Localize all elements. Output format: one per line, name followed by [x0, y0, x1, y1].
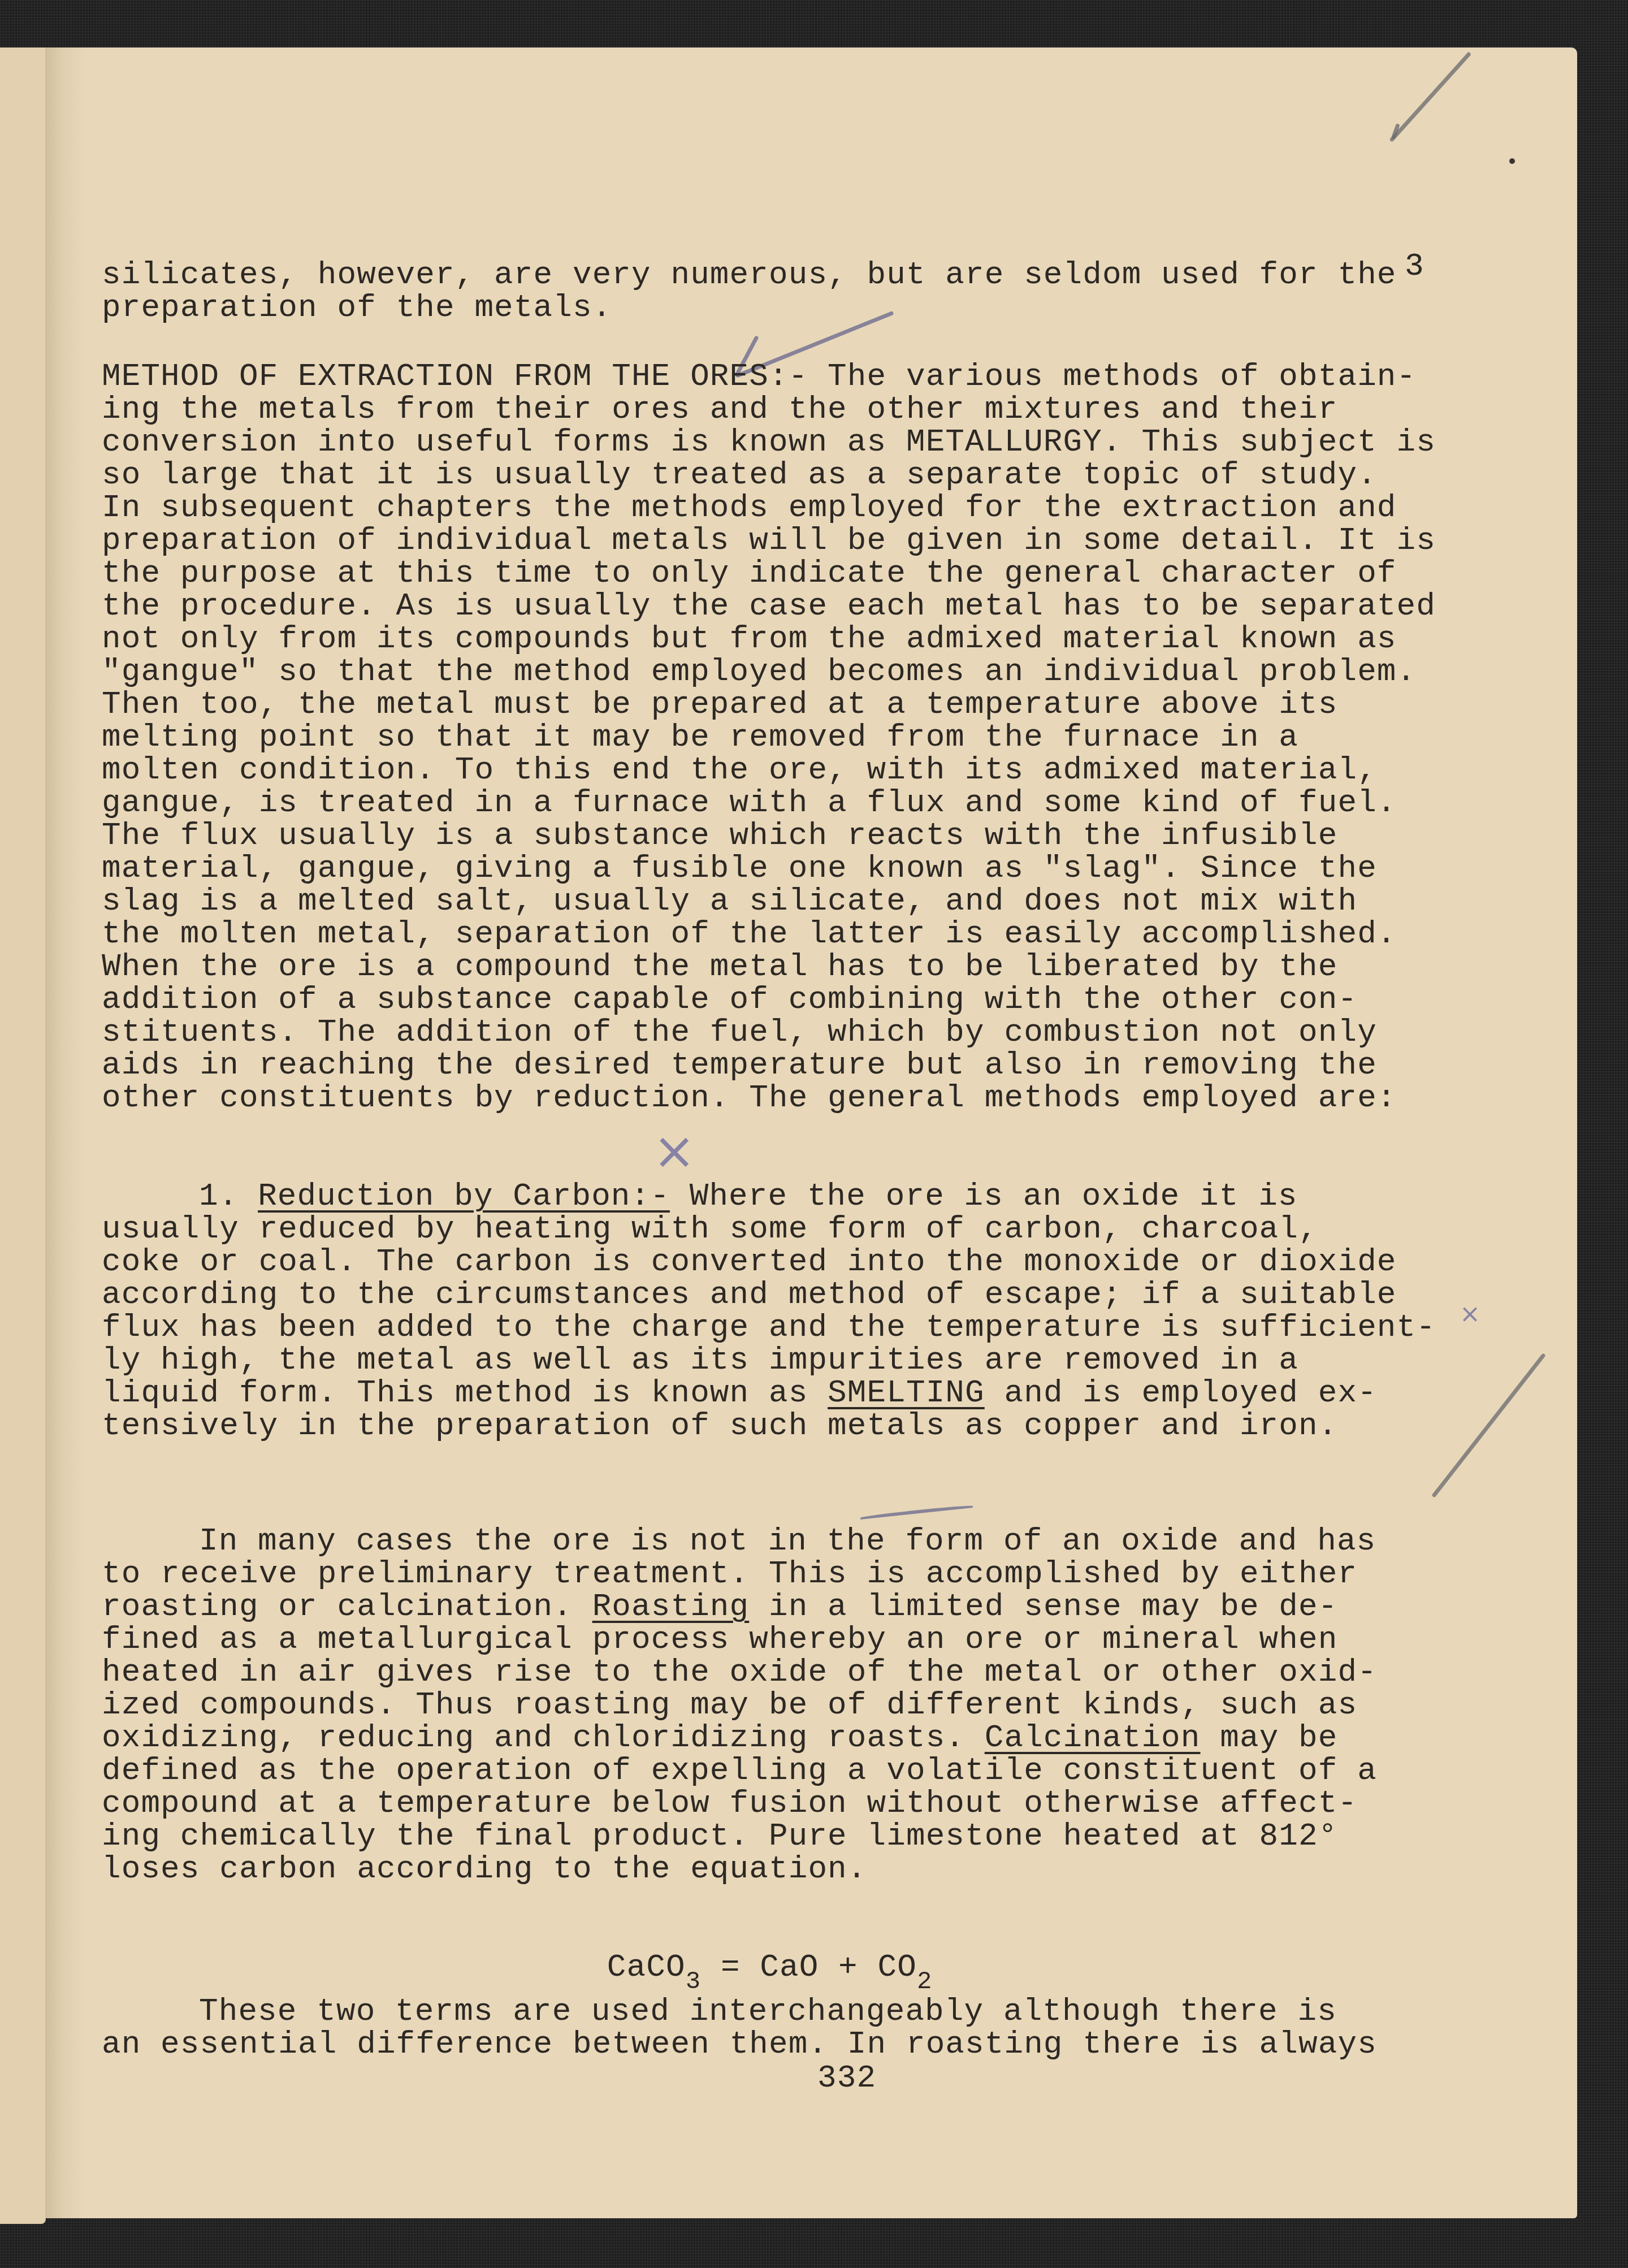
- paragraph-line: tensively in the preparation of such met…: [102, 1408, 1337, 1444]
- page-number-top: 3: [1405, 248, 1424, 284]
- paragraph-line: ing the metals from their ores and the o…: [102, 391, 1337, 427]
- roasting-line: roasting or calcination. Roasting in a l…: [102, 1589, 1337, 1625]
- pencil-cross-mark-icon: ×: [653, 1122, 695, 1181]
- method-reduction-by-carbon: 1. Reduction by Carbon:- Where the ore i…: [102, 1178, 180, 1540]
- paragraph-line: usually reduced by heating with some for…: [102, 1211, 1318, 1247]
- text-span: liquid form. This method is known as: [102, 1375, 828, 1411]
- paragraph-terms-difference: These two terms are used interchangeably…: [102, 1993, 180, 2138]
- text-span: oxidizing, reducing and chloridizing roa…: [102, 1720, 985, 1756]
- paragraph-line: coke or coal. The carbon is converted in…: [102, 1244, 1397, 1280]
- equation-subscript: 3: [686, 1968, 702, 1996]
- paragraph-line: aids in reaching the desired temperature…: [102, 1047, 1377, 1083]
- paragraph-line: so large that it is usually treated as a…: [102, 457, 1377, 493]
- paragraph-line: molten condition. To this end the ore, w…: [102, 752, 1377, 788]
- method-first-line: 1. Reduction by Carbon:- Where the ore i…: [199, 1178, 1298, 1214]
- pencil-cross-mark-icon: ×: [1460, 1300, 1480, 1328]
- paragraph-line: When the ore is a compound the metal has…: [102, 949, 1337, 985]
- paragraph-line: "gangue" so that the method employed bec…: [102, 653, 1416, 690]
- paragraph-line: defined as the operation of expelling a …: [102, 1752, 1377, 1789]
- paragraph-line: gangue, is treated in a furnace with a f…: [102, 785, 1397, 821]
- paragraph-line: conversion into useful forms is known as…: [102, 424, 1436, 460]
- equation-products: = CaO + CO: [701, 1949, 917, 1985]
- paragraph-line: melting point so that it may be removed …: [102, 719, 1298, 755]
- section-extraction: METHOD OF EXTRACTION FROM THE ORES:- The…: [102, 358, 180, 1263]
- paragraph-line: material, gangue, giving a fusible one k…: [102, 850, 1377, 886]
- paragraph-line: the molten metal, separation of the latt…: [102, 916, 1397, 952]
- calcination-term: Calcination: [985, 1720, 1201, 1756]
- paragraph-line: ized compounds. Thus roasting may be of …: [102, 1687, 1357, 1723]
- smelting-term: SMELTING: [828, 1375, 985, 1411]
- intro-line: preparation of the metals.: [102, 289, 612, 326]
- paragraph-roasting-calcination: In many cases the ore is not in the form…: [102, 1523, 180, 1993]
- paragraph-line: other constituents by reduction. The gen…: [102, 1080, 1397, 1116]
- pencil-arc-mark-icon: [860, 1504, 973, 1520]
- paragraph-line: an essential difference between them. In…: [102, 2026, 1377, 2062]
- calcination-line: oxidizing, reducing and chloridizing roa…: [102, 1720, 1337, 1756]
- page-number-bottom: 332: [817, 2060, 876, 2096]
- section-first-line: METHOD OF EXTRACTION FROM THE ORES:- The…: [102, 358, 1416, 395]
- underlying-page-edge: [0, 47, 46, 2224]
- paragraph-line: flux has been added to the charge and th…: [102, 1309, 1436, 1345]
- text-span: may be: [1201, 1720, 1338, 1756]
- section-heading: METHOD OF EXTRACTION FROM THE ORES:-: [102, 358, 808, 395]
- paragraph-line: according to the circumstances and metho…: [102, 1276, 1397, 1313]
- paragraph-line: compound at a temperature below fusion w…: [102, 1785, 1357, 1821]
- ink-dot-icon: [1509, 158, 1515, 164]
- paragraph-line: The various methods of obtain-: [808, 358, 1416, 395]
- paragraph-line: Where the ore is an oxide it is: [670, 1178, 1298, 1214]
- paragraph-line: the procedure. As is usually the case ea…: [102, 588, 1436, 624]
- paragraph-line: fined as a metallurgical process whereby…: [102, 1621, 1337, 1657]
- paragraph-line: stituents. The addition of the fuel, whi…: [102, 1014, 1377, 1050]
- text-span: in a limited sense may be de-: [749, 1589, 1337, 1625]
- roasting-term: Roasting: [592, 1589, 750, 1625]
- paragraph-line: The flux usually is a substance which re…: [102, 817, 1337, 854]
- paragraph-line: addition of a substance capable of combi…: [102, 981, 1357, 1018]
- paragraph-line: In many cases the ore is not in the form…: [199, 1523, 1376, 1559]
- paragraph-line: not only from its compounds but from the…: [102, 621, 1397, 657]
- paragraph-line: the purpose at this time to only indicat…: [102, 555, 1397, 591]
- paragraph-line: preparation of individual metals will be…: [102, 522, 1436, 559]
- text-span: and is employed ex-: [985, 1375, 1377, 1411]
- paragraph-line: ly high, the metal as well as its impuri…: [102, 1342, 1298, 1378]
- paragraph-line: Then too, the metal must be prepared at …: [102, 686, 1337, 722]
- method-number: 1.: [199, 1178, 238, 1214]
- paragraph-line: to receive preliminary treatment. This i…: [102, 1556, 1357, 1592]
- paragraph-line: slag is a melted salt, usually a silicat…: [102, 883, 1357, 919]
- paragraph-line: loses carbon according to the equation.: [102, 1851, 867, 1887]
- equation-subscript: 2: [917, 1968, 933, 1996]
- paragraph-line: These two terms are used interchangeably…: [199, 1993, 1337, 2029]
- equation-reactant: CaCO: [607, 1949, 686, 1985]
- text-span: roasting or calcination.: [102, 1589, 592, 1625]
- paragraph-line: ing chemically the final product. Pure l…: [102, 1818, 1337, 1854]
- smelting-line: liquid form. This method is known as SME…: [102, 1375, 1377, 1411]
- paragraph-line: In subsequent chapters the methods emplo…: [102, 490, 1397, 526]
- document-page: 3 silicates, however, are very numerous,…: [45, 47, 1577, 2218]
- paragraph-line: heated in air gives rise to the oxide of…: [102, 1654, 1377, 1690]
- pencil-check-mark-icon: [1389, 51, 1471, 142]
- method-title: Reduction by Carbon:-: [258, 1178, 670, 1214]
- pencil-margin-stroke-icon: [1431, 1353, 1546, 1497]
- intro-line: silicates, however, are very numerous, b…: [102, 257, 1397, 293]
